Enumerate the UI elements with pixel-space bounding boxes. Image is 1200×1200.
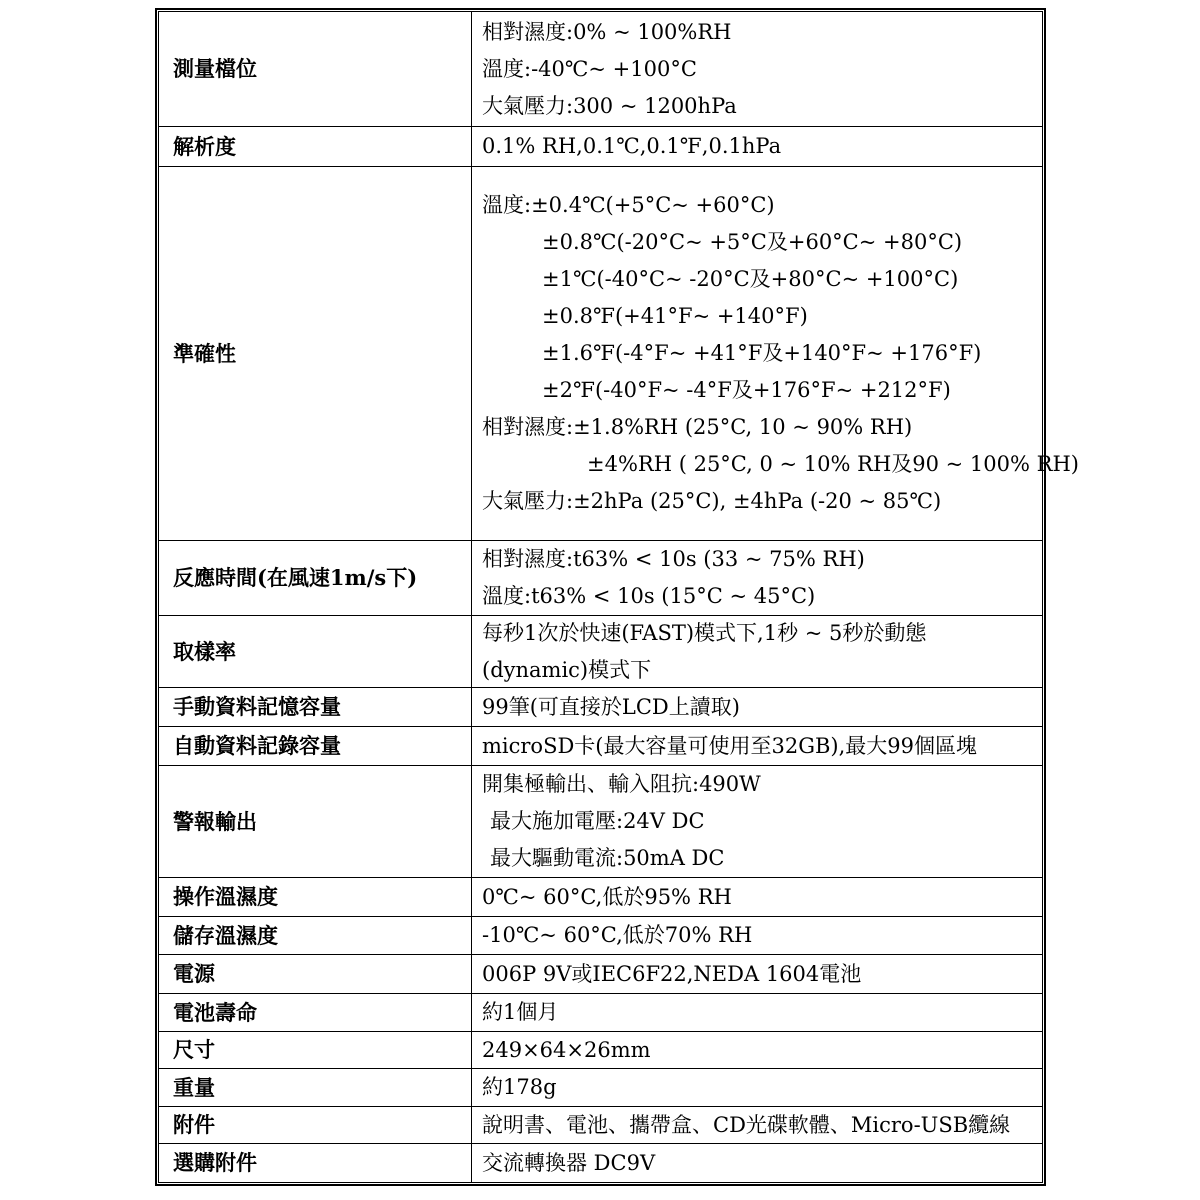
page: 測量檔位 相對濕度:0% ~ 100%RH 溫度:-40℃~ +100°C 大氣… [0,0,1200,1200]
spec-table: 測量檔位 相對濕度:0% ~ 100%RH 溫度:-40℃~ +100°C 大氣… [158,11,1043,1183]
spec-line: ±2℉(-40°F~ -4°F及+176°F~ +212°F) [482,372,1079,409]
row-value: 溫度:±0.4℃(+5°C~ +60°C) ±0.8℃(-20°C~ +5°C及… [472,167,1083,540]
spec-line: 相對濕度:t63% < 10s (33 ~ 75% RH) [482,541,1038,578]
row-label: 取樣率 [159,616,472,687]
row-value: microSD卡(最大容量可使用至32GB),最大99個區塊 [472,727,1042,765]
row-label: 準確性 [159,167,472,540]
row-value: 說明書、電池、攜帶盒、CD光碟軟體、Micro-USB纜線 [472,1107,1042,1143]
table-row: 手動資料記憶容量 99筆(可直接於LCD上讀取) [159,688,1042,727]
row-label: 手動資料記憶容量 [159,688,472,726]
spec-line: 0℃~ 60°C,低於95% RH [482,879,1038,916]
row-value: 每秒1次於快速(FAST)模式下,1秒 ~ 5秒於動態 (dynamic)模式下 [472,616,1042,687]
row-label: 電源 [159,955,472,993]
row-label: 附件 [159,1107,472,1143]
row-value: 交流轉換器 DC9V [472,1144,1042,1182]
spec-line: ±1℃(-40°C~ -20°C及+80°C~ +100°C) [482,261,1079,298]
spec-line: 249×64×26mm [482,1032,1038,1069]
spec-line: 每秒1次於快速(FAST)模式下,1秒 ~ 5秒於動態 [482,615,1038,652]
spec-line: 溫度:t63% < 10s (15°C ~ 45°C) [482,578,1038,615]
table-row: 測量檔位 相對濕度:0% ~ 100%RH 溫度:-40℃~ +100°C 大氣… [159,12,1042,127]
table-row: 解析度 0.1% RH,0.1℃,0.1℉,0.1hPa [159,127,1042,167]
spec-line: 約178g [482,1069,1038,1106]
row-label: 儲存溫濕度 [159,917,472,954]
spec-line: -10℃~ 60°C,低於70% RH [482,917,1038,954]
spec-line: 溫度:-40℃~ +100°C [482,51,1038,88]
spec-line: 最大驅動電流:50mA DC [482,840,1038,877]
spec-line: microSD卡(最大容量可使用至32GB),最大99個區塊 [482,728,1038,765]
row-value: 006P 9V或IEC6F22,NEDA 1604電池 [472,955,1042,993]
table-row: 重量 約178g [159,1069,1042,1107]
spec-line: ±4%RH ( 25°C, 0 ~ 10% RH及90 ~ 100% RH) [482,446,1079,483]
row-label: 選購附件 [159,1144,472,1182]
spec-line: 相對濕度:±1.8%RH (25°C, 10 ~ 90% RH) [482,409,1079,446]
spec-line: 99筆(可直接於LCD上讀取) [482,689,1038,726]
row-label: 重量 [159,1069,472,1106]
row-value: 約178g [472,1069,1042,1106]
spec-line: 說明書、電池、攜帶盒、CD光碟軟體、Micro-USB纜線 [482,1107,1038,1144]
row-value: 相對濕度:0% ~ 100%RH 溫度:-40℃~ +100°C 大氣壓力:30… [472,12,1042,126]
table-row: 操作溫濕度 0℃~ 60°C,低於95% RH [159,878,1042,917]
spec-line: ±1.6℉(-4°F~ +41°F及+140°F~ +176°F) [482,335,1079,372]
row-label: 警報輸出 [159,766,472,877]
table-row: 反應時間(在風速1m/s下) 相對濕度:t63% < 10s (33 ~ 75%… [159,541,1042,616]
table-row: 尺寸 249×64×26mm [159,1032,1042,1069]
spec-line: 大氣壓力:300 ~ 1200hPa [482,88,1038,125]
table-row: 自動資料記錄容量 microSD卡(最大容量可使用至32GB),最大99個區塊 [159,727,1042,766]
spec-line: 最大施加電壓:24V DC [482,803,1038,840]
table-row: 選購附件 交流轉換器 DC9V [159,1144,1042,1182]
row-value: 約1個月 [472,994,1042,1031]
row-value: 99筆(可直接於LCD上讀取) [472,688,1042,726]
row-label: 測量檔位 [159,12,472,126]
row-value: 249×64×26mm [472,1032,1042,1068]
spec-line: 006P 9V或IEC6F22,NEDA 1604電池 [482,956,1038,993]
row-label: 反應時間(在風速1m/s下) [159,541,472,615]
row-value: -10℃~ 60°C,低於70% RH [472,917,1042,954]
row-label: 解析度 [159,127,472,166]
table-row: 取樣率 每秒1次於快速(FAST)模式下,1秒 ~ 5秒於動態 (dynamic… [159,616,1042,688]
spec-line: 0.1% RH,0.1℃,0.1℉,0.1hPa [482,128,1038,165]
spec-line: 相對濕度:0% ~ 100%RH [482,14,1038,51]
table-row: 電池壽命 約1個月 [159,994,1042,1032]
row-value: 0.1% RH,0.1℃,0.1℉,0.1hPa [472,127,1042,166]
spec-line: 交流轉換器 DC9V [482,1145,1038,1182]
row-label: 尺寸 [159,1032,472,1068]
table-row: 警報輸出 開集極輸出、輸入阻抗:490W 最大施加電壓:24V DC 最大驅動電… [159,766,1042,878]
spec-line: ±0.8℉(+41°F~ +140°F) [482,298,1079,335]
spec-line: 大氣壓力:±2hPa (25°C), ±4hPa (-20 ~ 85℃) [482,483,1079,520]
table-row: 儲存溫濕度 -10℃~ 60°C,低於70% RH [159,917,1042,955]
row-label: 操作溫濕度 [159,878,472,916]
spec-line: 開集極輸出、輸入阻抗:490W [482,766,1038,803]
row-label: 自動資料記錄容量 [159,727,472,765]
row-label: 電池壽命 [159,994,472,1031]
spec-line: ±0.8℃(-20°C~ +5°C及+60°C~ +80°C) [482,224,1079,261]
spec-line: 溫度:±0.4℃(+5°C~ +60°C) [482,187,1079,224]
spec-line: 約1個月 [482,994,1038,1031]
table-row: 準確性 溫度:±0.4℃(+5°C~ +60°C) ±0.8℃(-20°C~ +… [159,167,1042,541]
row-value: 0℃~ 60°C,低於95% RH [472,878,1042,916]
table-row: 電源 006P 9V或IEC6F22,NEDA 1604電池 [159,955,1042,994]
table-row: 附件 說明書、電池、攜帶盒、CD光碟軟體、Micro-USB纜線 [159,1107,1042,1144]
row-value: 開集極輸出、輸入阻抗:490W 最大施加電壓:24V DC 最大驅動電流:50m… [472,766,1042,877]
row-value: 相對濕度:t63% < 10s (33 ~ 75% RH) 溫度:t63% < … [472,541,1042,615]
spec-table-outer-border: 測量檔位 相對濕度:0% ~ 100%RH 溫度:-40℃~ +100°C 大氣… [155,8,1046,1186]
spec-line: (dynamic)模式下 [482,652,1038,689]
